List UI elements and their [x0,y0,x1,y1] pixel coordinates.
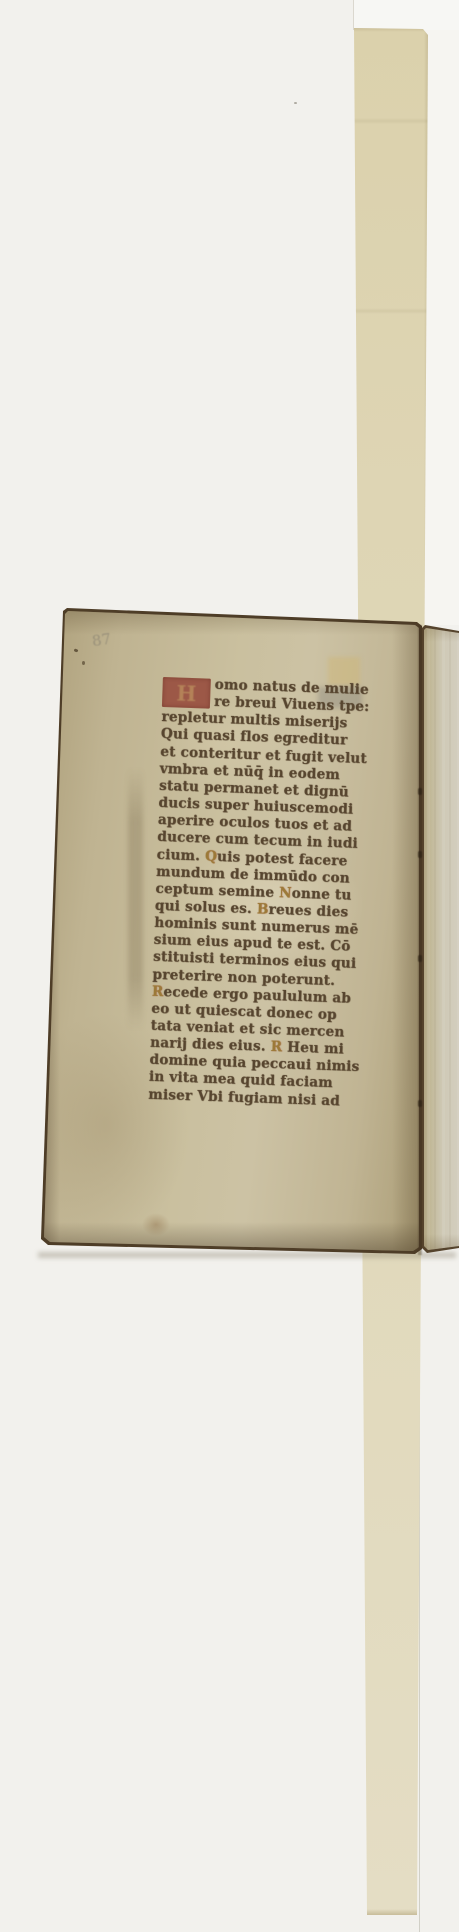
page-surface: 87 H omo natus de muliere breui Viuens t… [36,605,426,1260]
gutter-sewing-knot [418,788,422,795]
gutter-sewing-knot [418,955,422,962]
pencil-foliation-mark: 87 [91,630,112,650]
gilt-letter: R [270,1039,287,1056]
manuscript-page: 87 H omo natus de muliere breui Viuens t… [36,605,426,1260]
strip-crease [349,310,431,312]
stain-round [142,1213,170,1236]
gutter-sewing-knot [418,851,422,858]
ink-speck [82,661,85,665]
gutter-sewing-knot [418,1100,422,1107]
strip-crease [349,120,431,122]
facing-page-edge [421,620,459,1260]
gutter-fold-line [418,625,422,1255]
photo-backdrop: 87 H omo natus de muliere breui Viuens t… [0,0,459,1932]
dust-speck [294,102,297,104]
gilt-letter: B [257,901,269,917]
manuscript-lines: omo natus de muliere breui Viuens tpe:re… [148,675,395,1123]
ink-speck [74,648,79,652]
facing-page-surface [421,620,459,1260]
gilt-letter: N [279,885,292,901]
manuscript-text-block: H omo natus de muliere breui Viuens tpe:… [148,675,395,1123]
gilt-letter: R [152,983,164,999]
parchment-crease-shadow [128,768,143,1030]
backdrop-sheet-seam [353,0,459,30]
backdrop-bright-column [424,30,459,625]
